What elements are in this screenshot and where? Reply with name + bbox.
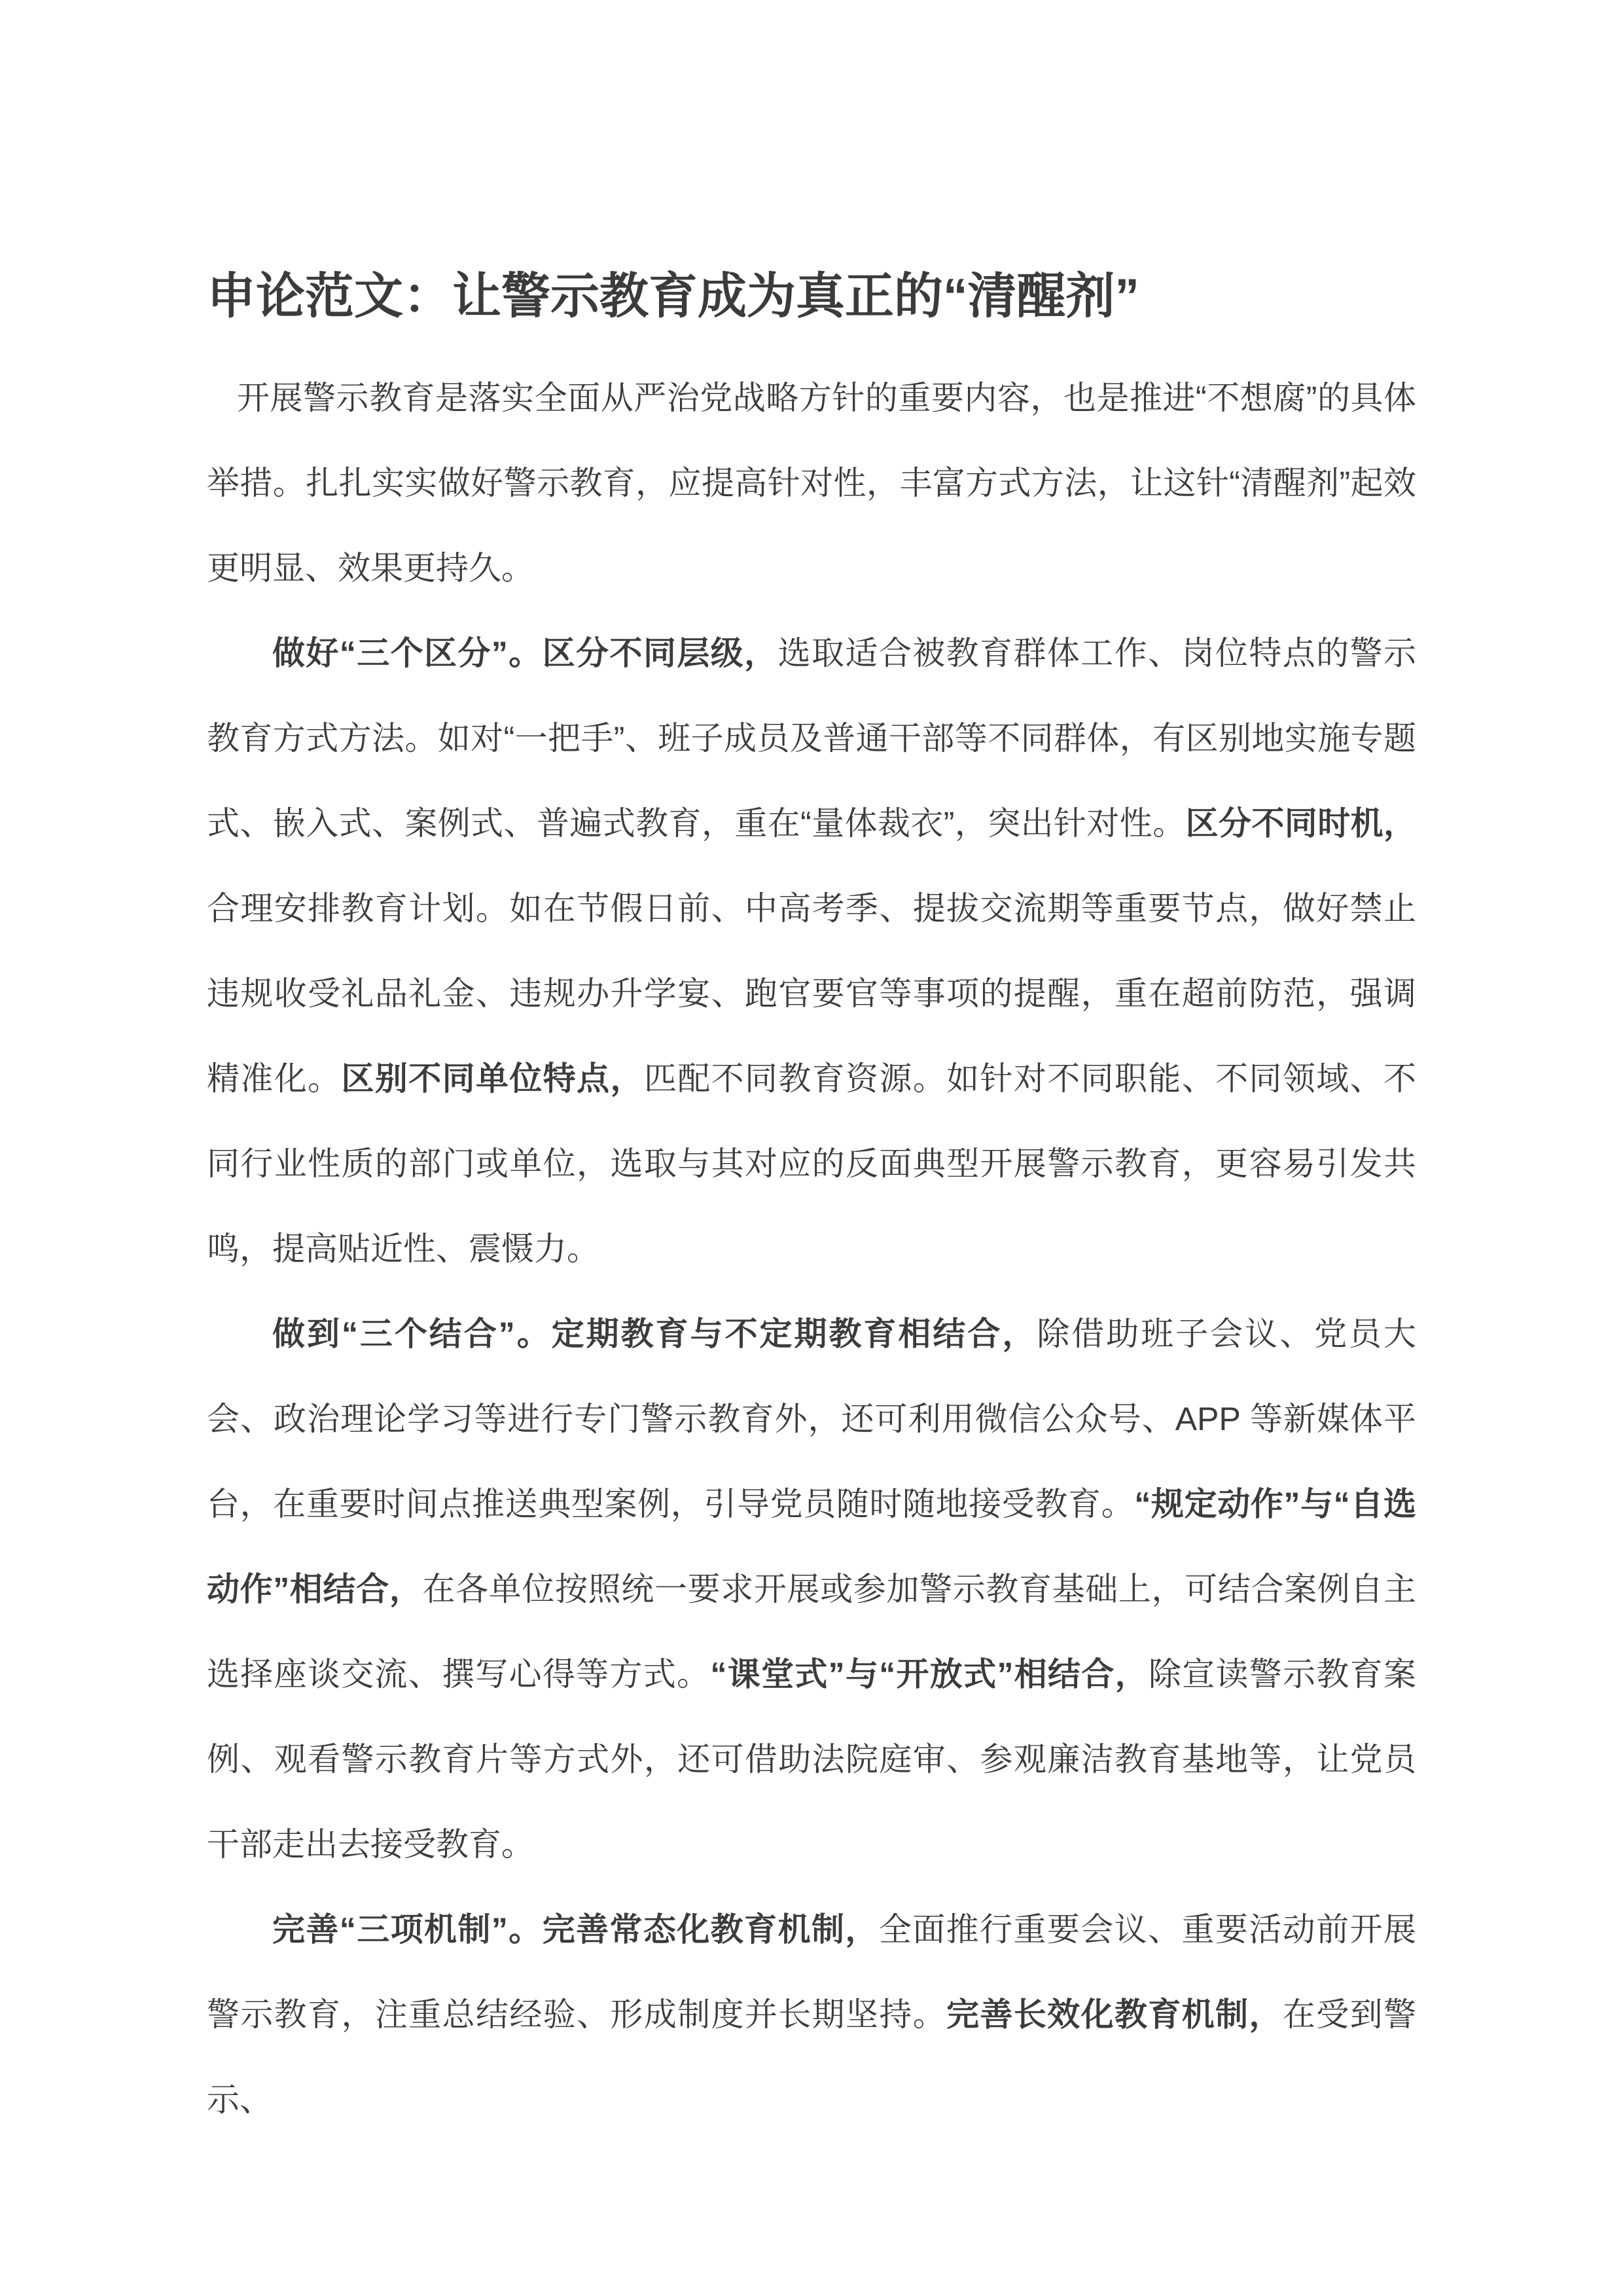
- document-body: 开展警示教育是落实全面从严治党战略方针的重要内容，也是推进“不想腐”的具体举措。…: [207, 355, 1416, 2142]
- text-run: 完善“三项机制”。完善常态化教育机制，: [272, 1911, 879, 1948]
- text-run: 做到“三个结合”。定期教育与不定期教育相结合，: [272, 1316, 1037, 1352]
- document-title: 申论范文：让警示教育成为真正的“清醒剂”: [207, 268, 1416, 323]
- paragraph: 开展警示教育是落实全面从严治党战略方针的重要内容，也是推进“不想腐”的具体举措。…: [207, 355, 1416, 611]
- document-content: 申论范文：让警示教育成为真正的“清醒剂” 开展警示教育是落实全面从严治党战略方针…: [0, 0, 1623, 2142]
- text-run: 完善长效化教育机制，: [946, 1996, 1283, 2033]
- paragraph: 做好“三个区分”。区分不同层级，选取适合被教育群体工作、岗位特点的警示教育方式方…: [207, 611, 1416, 1291]
- text-run: “课堂式”与“开放式”相结合，: [710, 1656, 1148, 1693]
- paragraph: 完善“三项机制”。完善常态化教育机制，全面推行重要会议、重要活动前开展警示教育，…: [207, 1887, 1416, 2142]
- text-run: 开展警示教育是落实全面从严治党战略方针的重要内容，也是推进“不想腐”的具体举措。…: [207, 380, 1416, 586]
- paragraph: 做到“三个结合”。定期教育与不定期教育相结合，除借助班子会议、党员大会、政治理论…: [207, 1291, 1416, 1887]
- text-run: 区别不同单位特点，: [342, 1060, 644, 1097]
- document-page: 申论范文：让警示教育成为真正的“清醒剂” 开展警示教育是落实全面从严治党战略方针…: [0, 0, 1623, 2296]
- text-run: 做好“三个区分”。区分不同层级，: [272, 635, 778, 672]
- text-run: 区分不同时机，: [1186, 805, 1416, 842]
